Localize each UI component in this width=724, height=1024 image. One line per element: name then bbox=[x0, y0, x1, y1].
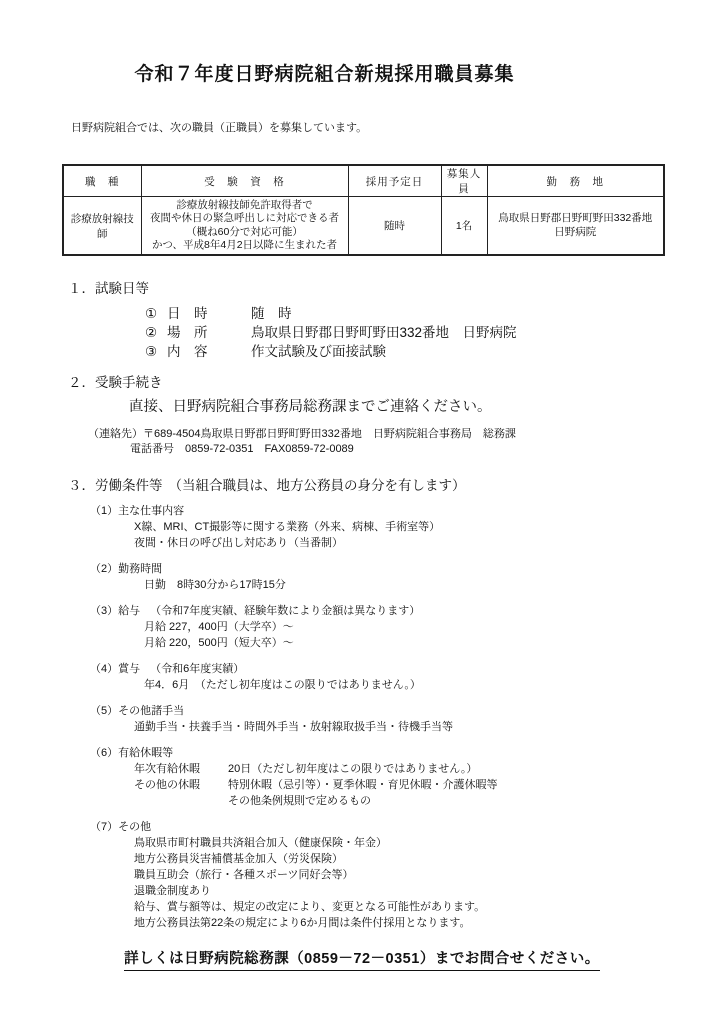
leave-row: その他条例規則で定めるもの bbox=[134, 793, 724, 809]
footer: 詳しくは日野病院総務課（0859－72－0351）までお問合せください。 bbox=[0, 947, 724, 971]
leave-label bbox=[134, 793, 228, 809]
cell-qualifications: 診療放射線技師免許取得者で 夜間や休日の緊急呼出しに対応できる者 （概ね60分で… bbox=[141, 197, 348, 256]
application-instruction: 直接、日野病院組合事務局総務課までご連絡ください。 bbox=[129, 397, 724, 417]
subsection-line: X線、MRI、CT撮影等に関する業務（外来、病棟、手術室等） bbox=[134, 519, 724, 535]
leave-label: 年次有給休暇 bbox=[134, 761, 228, 777]
subsection-label: （2）勤務時間 bbox=[90, 561, 724, 577]
footer-contact-text: 詳しくは日野病院総務課（0859－72－0351）までお問合せください。 bbox=[124, 947, 600, 971]
subsection-bonus: （4）賞与（令和6年度実績） 年4．6月 （ただし初年度はこの限りではありません… bbox=[0, 661, 724, 693]
subsection-line: 通勤手当・扶養手当・時間外手当・放射線取扱手当・待機手当等 bbox=[134, 719, 724, 735]
subsection-line: 日勤 8時30分から17時15分 bbox=[144, 577, 724, 593]
subsection-label-text: （4）賞与 bbox=[90, 663, 140, 675]
header-openings: 募集人員 bbox=[441, 165, 487, 197]
subsection-line: 退職金制度あり bbox=[134, 883, 724, 899]
subsection-line: 地方公務員災害補償基金加入（労災保険） bbox=[134, 851, 724, 867]
contact-phone: 電話番号 0859-72-0351 FAX0859-72-0089 bbox=[130, 442, 724, 457]
location-line: 日野病院 bbox=[490, 226, 662, 240]
intro-text: 日野病院組合では、次の職員（正職員）を募集しています。 bbox=[71, 121, 724, 136]
subsection-label: （3）給与（令和7年度実績、経験年数により金額は異なります） bbox=[90, 603, 724, 619]
section2-heading: ２．受験手続き bbox=[68, 374, 724, 392]
subsection-line: 地方公務員法第22条の規定により6か月間は条件付採用となります。 bbox=[134, 915, 724, 931]
subsection-label: （6）有給休暇等 bbox=[90, 745, 724, 761]
document-page: 令和７年度日野病院組合新規採用職員募集 日野病院組合では、次の職員（正職員）を募… bbox=[0, 0, 724, 1024]
section3-heading: ３．労働条件等（当組合職員は、地方公務員の身分を有します） bbox=[68, 477, 724, 495]
subsection-label-text: （3）給与 bbox=[90, 605, 140, 617]
recruitment-table: 職 種 受 験 資 格 採用予定日 募集人員 勤 務 地 診療放射線技師 診療放… bbox=[62, 164, 665, 256]
leave-value: その他条例規則で定めるもの bbox=[228, 793, 371, 809]
page-title: 令和７年度日野病院組合新規採用職員募集 bbox=[0, 62, 649, 88]
subsection-working-hours: （2）勤務時間 日勤 8時30分から17時15分 bbox=[0, 561, 724, 593]
qualification-line: 夜間や休日の緊急呼出しに対応できる者 bbox=[144, 212, 346, 226]
subsection-label: （1）主な仕事内容 bbox=[90, 503, 724, 519]
qualification-line: （概ね60分で対応可能） bbox=[144, 226, 346, 240]
leave-value: 20日（ただし初年度はこの限りではありません。） bbox=[228, 761, 477, 777]
item-marker: ③ bbox=[145, 342, 167, 361]
subsection-label: （4）賞与（令和6年度実績） bbox=[90, 661, 724, 677]
subsection-line: 給与、賞与額等は、規定の改定により、変更となる可能性があります。 bbox=[134, 899, 724, 915]
qualification-line: 診療放射線技師免許取得者で bbox=[144, 199, 346, 213]
subsection-other: （7）その他 鳥取県市町村職員共済組合加入（健康保険・年金） 地方公務員災害補償… bbox=[0, 819, 724, 931]
subsection-label: （5）その他諸手当 bbox=[90, 703, 724, 719]
leave-label: その他の休暇 bbox=[134, 777, 228, 793]
item-marker: ② bbox=[145, 323, 167, 342]
leave-row: その他の休暇 特別休暇（忌引等）・夏季休暇・育児休暇・介護休暇等 bbox=[134, 777, 724, 793]
header-qualifications: 受 験 資 格 bbox=[141, 165, 348, 197]
section1-heading: １．試験日等 bbox=[68, 280, 724, 298]
table-header-row: 職 種 受 験 資 格 採用予定日 募集人員 勤 務 地 bbox=[63, 165, 664, 197]
subsection-line: 職員互助会（旅行・各種スポーツ同好会等） bbox=[134, 867, 724, 883]
subsection-salary: （3）給与（令和7年度実績、経験年数により金額は異なります） 月給 227，40… bbox=[0, 603, 724, 651]
subsection-allowances: （5）その他諸手当 通勤手当・扶養手当・時間外手当・放射線取扱手当・待機手当等 bbox=[0, 703, 724, 735]
item-label: 日 時 bbox=[167, 304, 225, 323]
section3-heading-note: （当組合職員は、地方公務員の身分を有します） bbox=[169, 478, 466, 493]
table-row: 診療放射線技師 診療放射線技師免許取得者で 夜間や休日の緊急呼出しに対応できる者… bbox=[63, 197, 664, 256]
header-job-type: 職 種 bbox=[63, 165, 141, 197]
location-line: 鳥取県日野郡日野町野田332番地 bbox=[490, 212, 662, 226]
leave-row: 年次有給休暇 20日（ただし初年度はこの限りではありません。） bbox=[134, 761, 724, 777]
subsection-note: （令和7年度実績、経験年数により金額は異なります） bbox=[150, 605, 420, 617]
subsection-paid-leave: （6）有給休暇等 年次有給休暇 20日（ただし初年度はこの限りではありません。）… bbox=[0, 745, 724, 809]
subsection-line: 夜間・休日の呼び出し対応あり（当番制） bbox=[134, 535, 724, 551]
list-item: ② 場 所 鳥取県日野郡日野町野田332番地 日野病院 bbox=[145, 323, 724, 342]
subsection-line: 月給 220，500円（短大卒）～ bbox=[144, 635, 724, 651]
cell-hire-date: 随時 bbox=[348, 197, 441, 256]
item-value: 鳥取県日野郡日野町野田332番地 日野病院 bbox=[251, 323, 517, 342]
list-item: ① 日 時 随 時 bbox=[145, 304, 724, 323]
cell-job-type: 診療放射線技師 bbox=[63, 197, 141, 256]
qualification-line: かつ、平成8年4月2日以降に生まれた者 bbox=[144, 239, 346, 253]
subsection-line: 年4．6月 （ただし初年度はこの限りではありません。） bbox=[144, 677, 724, 693]
leave-value: 特別休暇（忌引等）・夏季休暇・育児休暇・介護休暇等 bbox=[228, 777, 498, 793]
item-label: 内 容 bbox=[167, 342, 225, 361]
list-item: ③ 内 容 作文試験及び面接試験 bbox=[145, 342, 724, 361]
header-hire-date: 採用予定日 bbox=[348, 165, 441, 197]
cell-openings: 1名 bbox=[441, 197, 487, 256]
item-marker: ① bbox=[145, 304, 167, 323]
item-value: 作文試験及び面接試験 bbox=[251, 342, 386, 361]
section3-heading-text: ３．労働条件等 bbox=[68, 478, 163, 493]
subsection-line: 鳥取県市町村職員共済組合加入（健康保険・年金） bbox=[134, 835, 724, 851]
exam-detail-list: ① 日 時 随 時 ② 場 所 鳥取県日野郡日野町野田332番地 日野病院 ③ … bbox=[145, 304, 724, 361]
item-value: 随 時 bbox=[251, 304, 292, 323]
subsection-line: 月給 227，400円（大学卒）～ bbox=[144, 619, 724, 635]
header-location: 勤 務 地 bbox=[487, 165, 664, 197]
item-label: 場 所 bbox=[167, 323, 225, 342]
subsection-label: （7）その他 bbox=[90, 819, 724, 835]
cell-location: 鳥取県日野郡日野町野田332番地 日野病院 bbox=[487, 197, 664, 256]
subsection-job-duties: （1）主な仕事内容 X線、MRI、CT撮影等に関する業務（外来、病棟、手術室等）… bbox=[0, 503, 724, 551]
subsection-note: （令和6年度実績） bbox=[150, 663, 244, 675]
contact-address: （連絡先）〒689-4504鳥取県日野郡日野町野田332番地 日野病院組合事務局… bbox=[88, 427, 724, 442]
